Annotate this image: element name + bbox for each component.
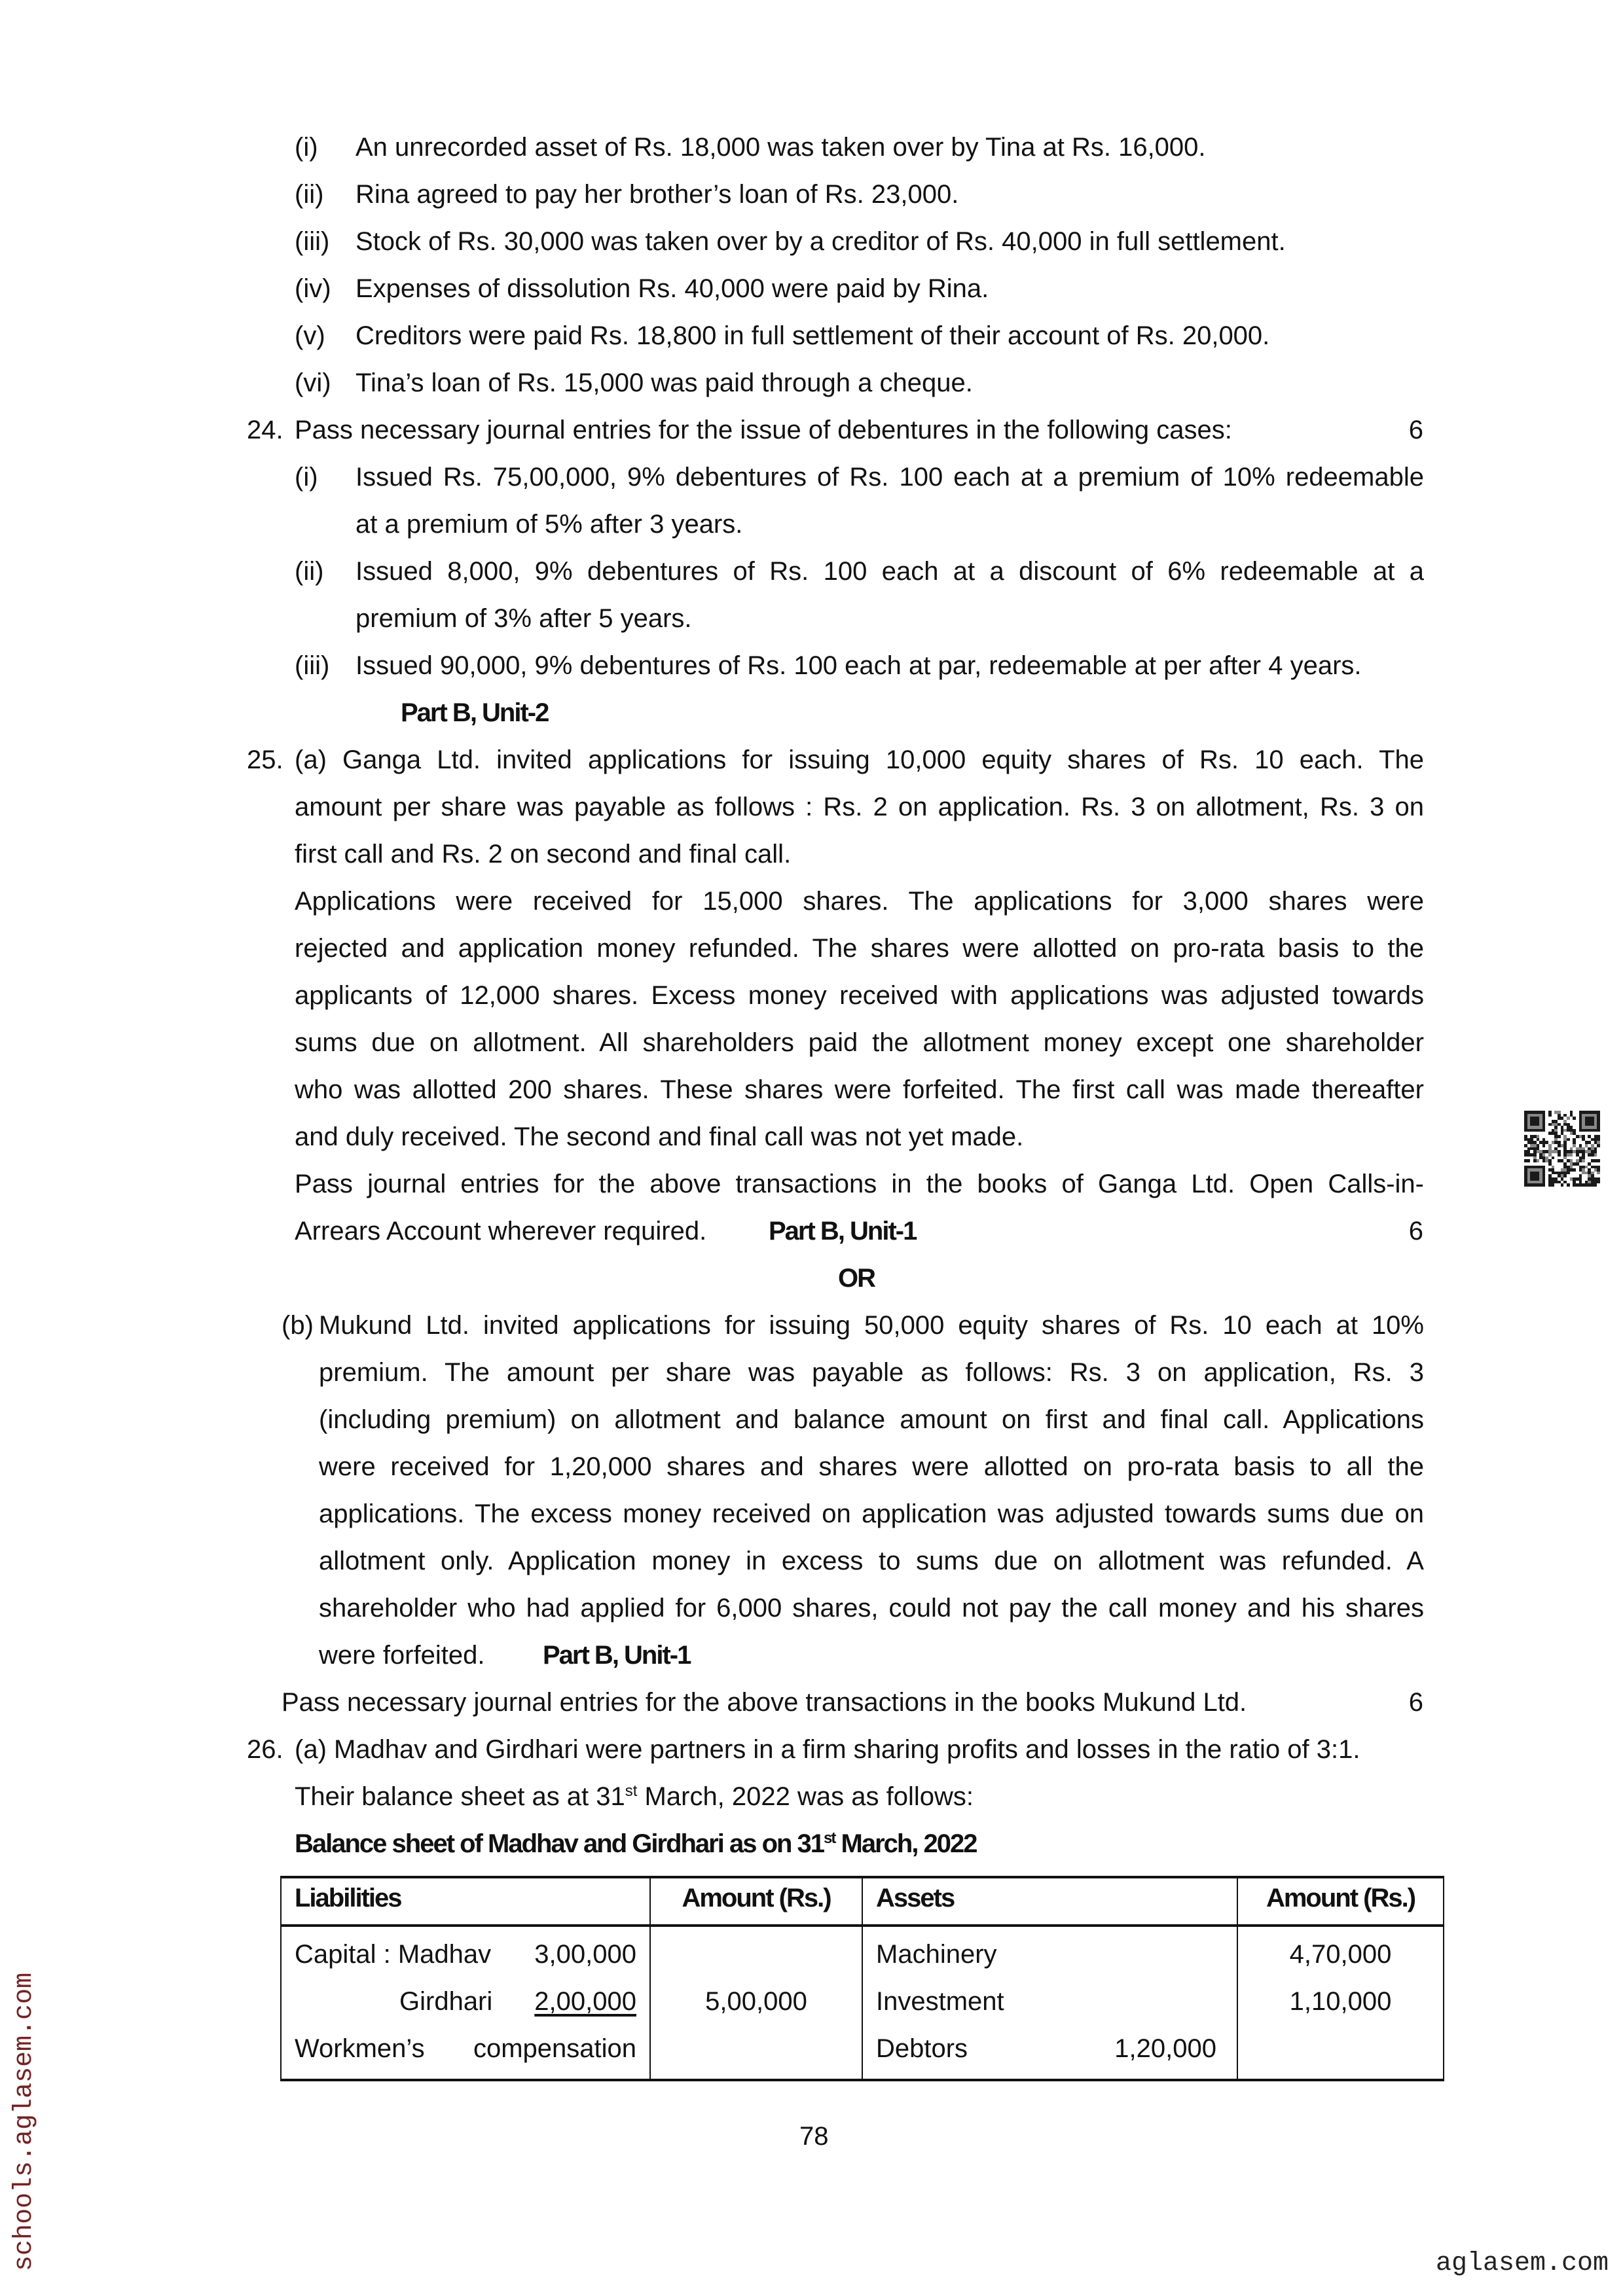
para-line: rejected and application money refunded.…: [295, 933, 1424, 964]
item-number: (i): [295, 461, 318, 493]
unit-tag: Part B, Unit-1: [769, 1215, 916, 1247]
text: March, 2022 was as follows:: [637, 1782, 974, 1811]
question-number: 26.: [247, 1734, 283, 1765]
asset-investment: Investment: [876, 1978, 1224, 2025]
balance-sheet-table: Liabilities Amount (Rs.) Assets Amount (…: [280, 1876, 1444, 2081]
para-line: (a) Ganga Ltd. invited applications for …: [295, 744, 1424, 776]
liabilities-cell: Capital : Madhav 3,00,000 Girdhari 2,00,…: [281, 1926, 650, 2080]
item-number: (iii): [295, 226, 329, 257]
para-line: (a) Madhav and Girdhari were partners in…: [295, 1734, 1360, 1765]
superscript: st: [824, 1829, 835, 1847]
label: compensation: [473, 2025, 636, 2072]
table-title: Balance sheet of Madhav and Girdhari as …: [295, 1828, 977, 1859]
item-text: Rina agreed to pay her brother’s loan of…: [356, 179, 958, 210]
superscript: st: [625, 1782, 638, 1800]
item-number: (iv): [295, 273, 331, 304]
qr-code-icon: [1524, 1111, 1600, 1187]
marks: 6: [1397, 1687, 1423, 1718]
item-text: Issued 90,000, 9% debentures of Rs. 100 …: [356, 650, 1362, 681]
closing-instruction: Pass necessary journal entries for the a…: [282, 1687, 1247, 1718]
question-number: 25.: [247, 744, 283, 776]
text: Balance sheet of Madhav and Girdhari as …: [295, 1829, 824, 1858]
para-line: sums due on allotment. All shareholders …: [295, 1027, 1424, 1058]
capital-total: 5,00,000: [664, 1978, 848, 2025]
header-amount: Amount (Rs.): [650, 1877, 862, 1926]
para-line: were received for 1,20,000 shares and sh…: [319, 1451, 1424, 1482]
assets-amount-cell: 4,70,000 1,10,000: [1237, 1926, 1444, 2080]
item-number: (i): [295, 132, 318, 163]
label: Debtors: [876, 2025, 1085, 2072]
item-text: Stock of Rs. 30,000 was taken over by a …: [356, 226, 1286, 257]
label: Girdhari: [295, 1978, 492, 2025]
header-assets: Assets: [862, 1877, 1237, 1926]
page-number: 78: [799, 2121, 829, 2152]
para-line: allotment only. Application money in exc…: [319, 1545, 1424, 1577]
item-text: at a premium of 5% after 3 years.: [356, 509, 742, 540]
item-text: Tina’s loan of Rs. 15,000 was paid throu…: [356, 367, 973, 399]
para-line: Their balance sheet as at 31st March, 20…: [295, 1781, 974, 1812]
asset-debtors: Debtors 1,20,000: [876, 2025, 1224, 2072]
item-number: (ii): [295, 556, 323, 587]
para-line: Applications were received for 15,000 sh…: [295, 886, 1424, 917]
investment-amount: 1,10,000: [1251, 1978, 1430, 2025]
liabilities-amount-cell: 5,00,000: [650, 1926, 862, 2080]
watermark-right: aglasem.com: [1436, 2249, 1609, 2278]
machinery-amount: 4,70,000: [1251, 1931, 1430, 1978]
marks: 6: [1397, 414, 1423, 446]
item-text: Creditors were paid Rs. 18,800 in full s…: [356, 320, 1269, 351]
capital-madhav: Capital : Madhav 3,00,000: [295, 1931, 636, 1978]
table-header-row: Liabilities Amount (Rs.) Assets Amount (…: [281, 1877, 1444, 1926]
watermark-left: schools.aglasem.com: [5, 1973, 45, 2271]
item-number: (v): [295, 320, 325, 351]
item-number: (ii): [295, 179, 323, 210]
item-text: premium of 3% after 5 years.: [356, 603, 692, 634]
item-text: Issued Rs. 75,00,000, 9% debentures of R…: [356, 461, 1424, 493]
para-line: and duly received. The second and final …: [295, 1121, 1023, 1153]
item-text: Issued 8,000, 9% debentures of Rs. 100 e…: [356, 556, 1424, 587]
unit-tag: Part B, Unit-1: [543, 1640, 690, 1671]
para-line: amount per share was payable as follows …: [295, 791, 1424, 823]
header-liabilities: Liabilities: [281, 1877, 650, 1926]
item-number: (iii): [295, 650, 329, 681]
value: 1,20,000: [1085, 2025, 1216, 2072]
item-text: Expenses of dissolution Rs. 40,000 were …: [356, 273, 989, 304]
value: 3,00,000: [534, 1931, 636, 1978]
question-stem: Pass necessary journal entries for the i…: [295, 414, 1232, 446]
para-line: Arrears Account wherever required.: [295, 1215, 706, 1247]
workmen-compensation: Workmen’s compensation: [295, 2025, 636, 2072]
table-row: Capital : Madhav 3,00,000 Girdhari 2,00,…: [281, 1926, 1444, 2080]
label: Machinery: [876, 1931, 1085, 1978]
label: Workmen’s: [295, 2025, 425, 2072]
item-text: An unrecorded asset of Rs. 18,000 was ta…: [356, 132, 1206, 163]
header-amount: Amount (Rs.): [1237, 1877, 1444, 1926]
text: Their balance sheet as at 31: [295, 1782, 625, 1811]
asset-machinery: Machinery: [876, 1931, 1224, 1978]
para-line: shareholder who had applied for 6,000 sh…: [319, 1592, 1424, 1624]
part-label: (b): [282, 1310, 314, 1341]
para-line: Pass journal entries for the above trans…: [295, 1168, 1424, 1200]
para-line: first call and Rs. 2 on second and final…: [295, 838, 791, 870]
para-line: premium. The amount per share was payabl…: [319, 1357, 1424, 1388]
question-number: 24.: [247, 414, 283, 446]
label: Investment: [876, 1978, 1085, 2025]
text: March, 2022: [835, 1829, 976, 1858]
assets-cell: Machinery Investment Debtors 1,20,000: [862, 1926, 1237, 2080]
para-line: Mukund Ltd. invited applications for iss…: [319, 1310, 1424, 1341]
label: Capital : Madhav: [295, 1931, 491, 1978]
or-separator: OR: [838, 1263, 875, 1294]
unit-tag: Part B, Unit-2: [401, 697, 548, 728]
para-line: (including premium) on allotment and bal…: [319, 1404, 1424, 1435]
capital-girdhari: Girdhari 2,00,000: [295, 1978, 636, 2025]
value: 2,00,000: [534, 1978, 636, 2025]
para-line: were forfeited.: [319, 1640, 484, 1671]
marks: 6: [1397, 1215, 1423, 1247]
para-line: applicants of 12,000 shares. Excess mone…: [295, 980, 1424, 1011]
item-number: (vi): [295, 367, 331, 399]
para-line: who was allotted 200 shares. These share…: [295, 1074, 1424, 1105]
para-line: applications. The excess money received …: [319, 1498, 1424, 1530]
